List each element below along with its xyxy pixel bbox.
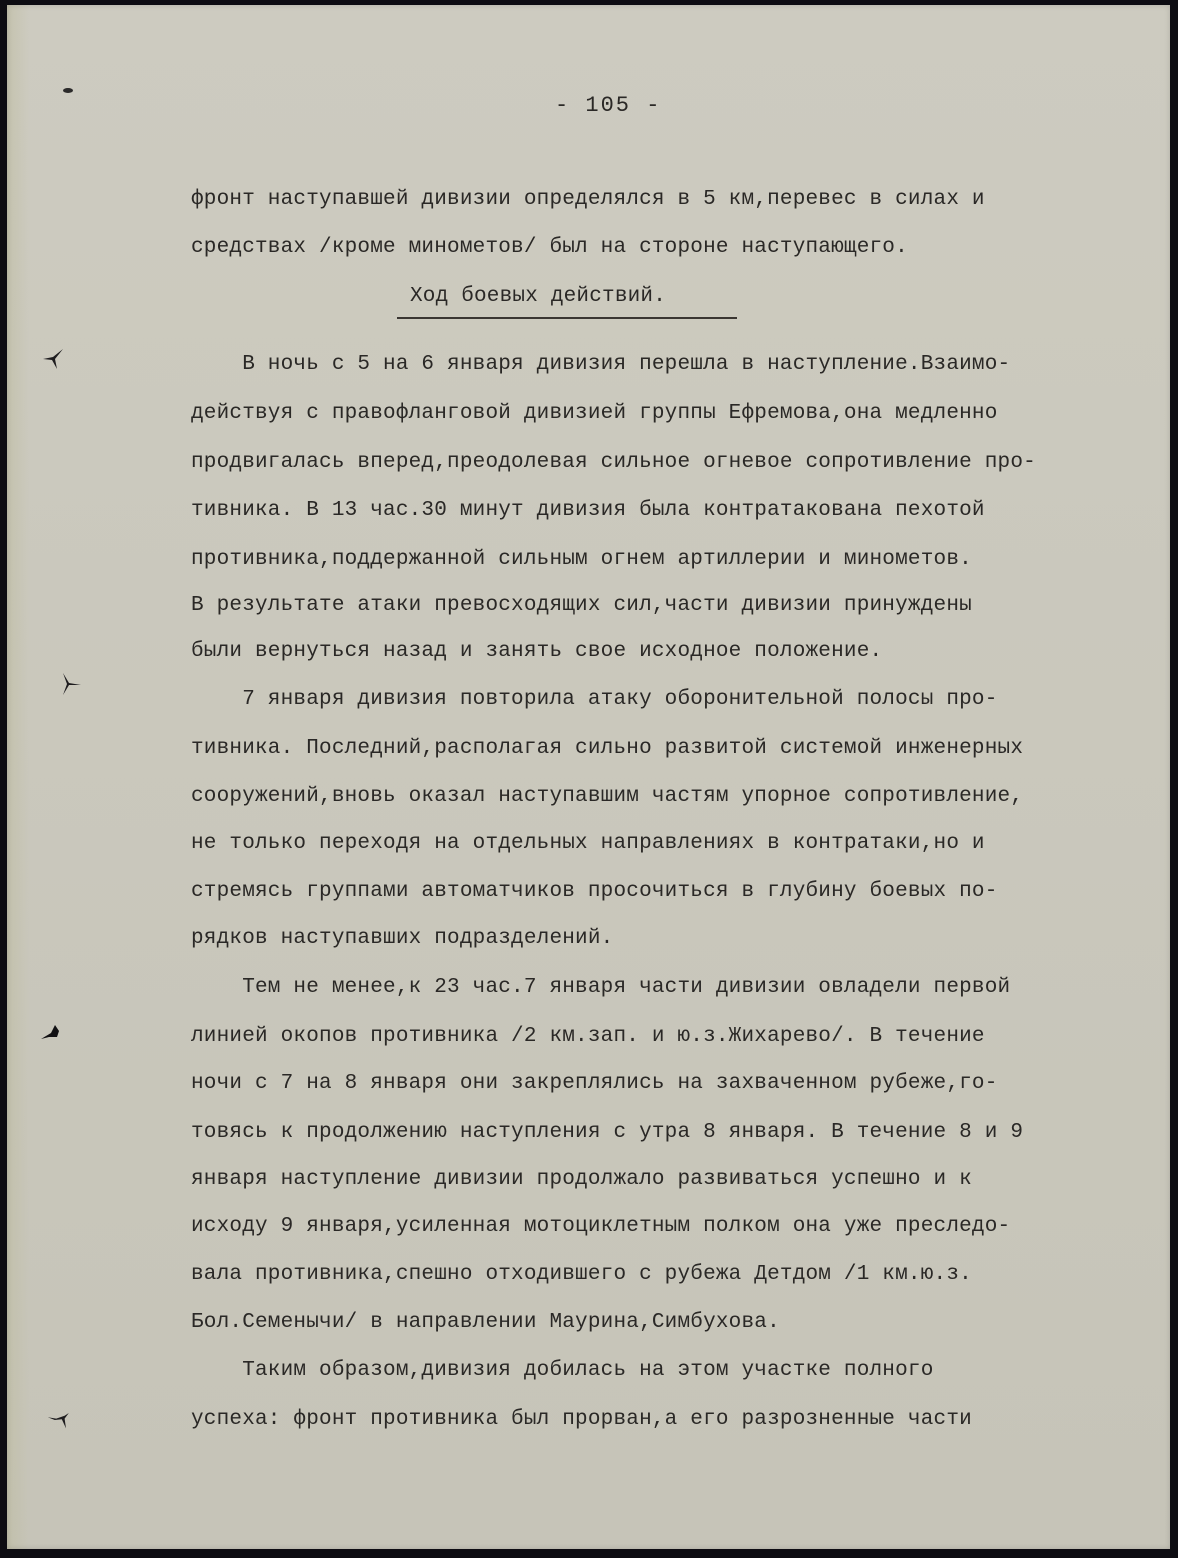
punch-hole-icon (35, 1021, 63, 1045)
text-line: действуя с правофланговой дивизией групп… (191, 403, 998, 424)
text-line: линией окопов противника /2 км.зап. и ю.… (191, 1026, 985, 1047)
text-line: тивника. В 13 час.30 минут дивизия была … (191, 500, 985, 521)
text-line: Бол.Семенычи/ в направлении Маурина,Симб… (191, 1312, 780, 1333)
text-line: средствах /кроме минометов/ был на сторо… (191, 237, 908, 258)
text-line: противника,поддержанной сильным огнем ар… (191, 549, 972, 570)
text-line: 7 января дивизия повторила атаку оборони… (191, 689, 998, 710)
page-number: - 105 - (555, 95, 661, 117)
section-heading: Ход боевых действий. (410, 286, 666, 307)
text-line: сооружений,вновь оказал наступавшим част… (191, 786, 1023, 807)
text-line: В ночь с 5 на 6 января дивизия перешла в… (191, 354, 1010, 375)
text-line: ночи с 7 на 8 января они закреплялись на… (191, 1073, 998, 1094)
text-line: Тем не менее,к 23 час.7 января части див… (191, 977, 1010, 998)
text-line: были вернуться назад и занять свое исход… (191, 641, 882, 662)
text-line: продвигалась вперед,преодолевая сильное … (191, 452, 1036, 473)
text-line: успеха: фронт противника был прорван,а е… (191, 1409, 972, 1430)
text-line: тивника. Последний,располагая сильно раз… (191, 738, 1023, 759)
ink-spot (63, 88, 73, 93)
text-line: стремясь группами автоматчиков просочить… (191, 881, 998, 902)
text-line: Таким образом,дивизия добилась на этом у… (191, 1360, 934, 1381)
text-line: января наступление дивизии продолжало ра… (191, 1169, 972, 1190)
text-line: рядков наступавших подразделений. (191, 928, 613, 949)
punch-hole-icon (55, 671, 83, 695)
text-line: исходу 9 января,усиленная мотоциклетным … (191, 1216, 1010, 1237)
text-line: не только переходя на отдельных направле… (191, 833, 985, 854)
text-line: товясь к продолжению наступления с утра … (191, 1122, 1023, 1143)
punch-hole-icon (39, 347, 67, 371)
text-line: В результате атаки превосходящих сил,час… (191, 595, 972, 616)
document-page: - 105 - фронт наступавшей дивизии опреде… (7, 5, 1170, 1549)
heading-underline (397, 317, 737, 319)
text-line: вала противника,спешно отходившего с руб… (191, 1264, 972, 1285)
text-line: фронт наступавшей дивизии определялся в … (191, 189, 985, 210)
punch-hole-icon (45, 1408, 73, 1432)
